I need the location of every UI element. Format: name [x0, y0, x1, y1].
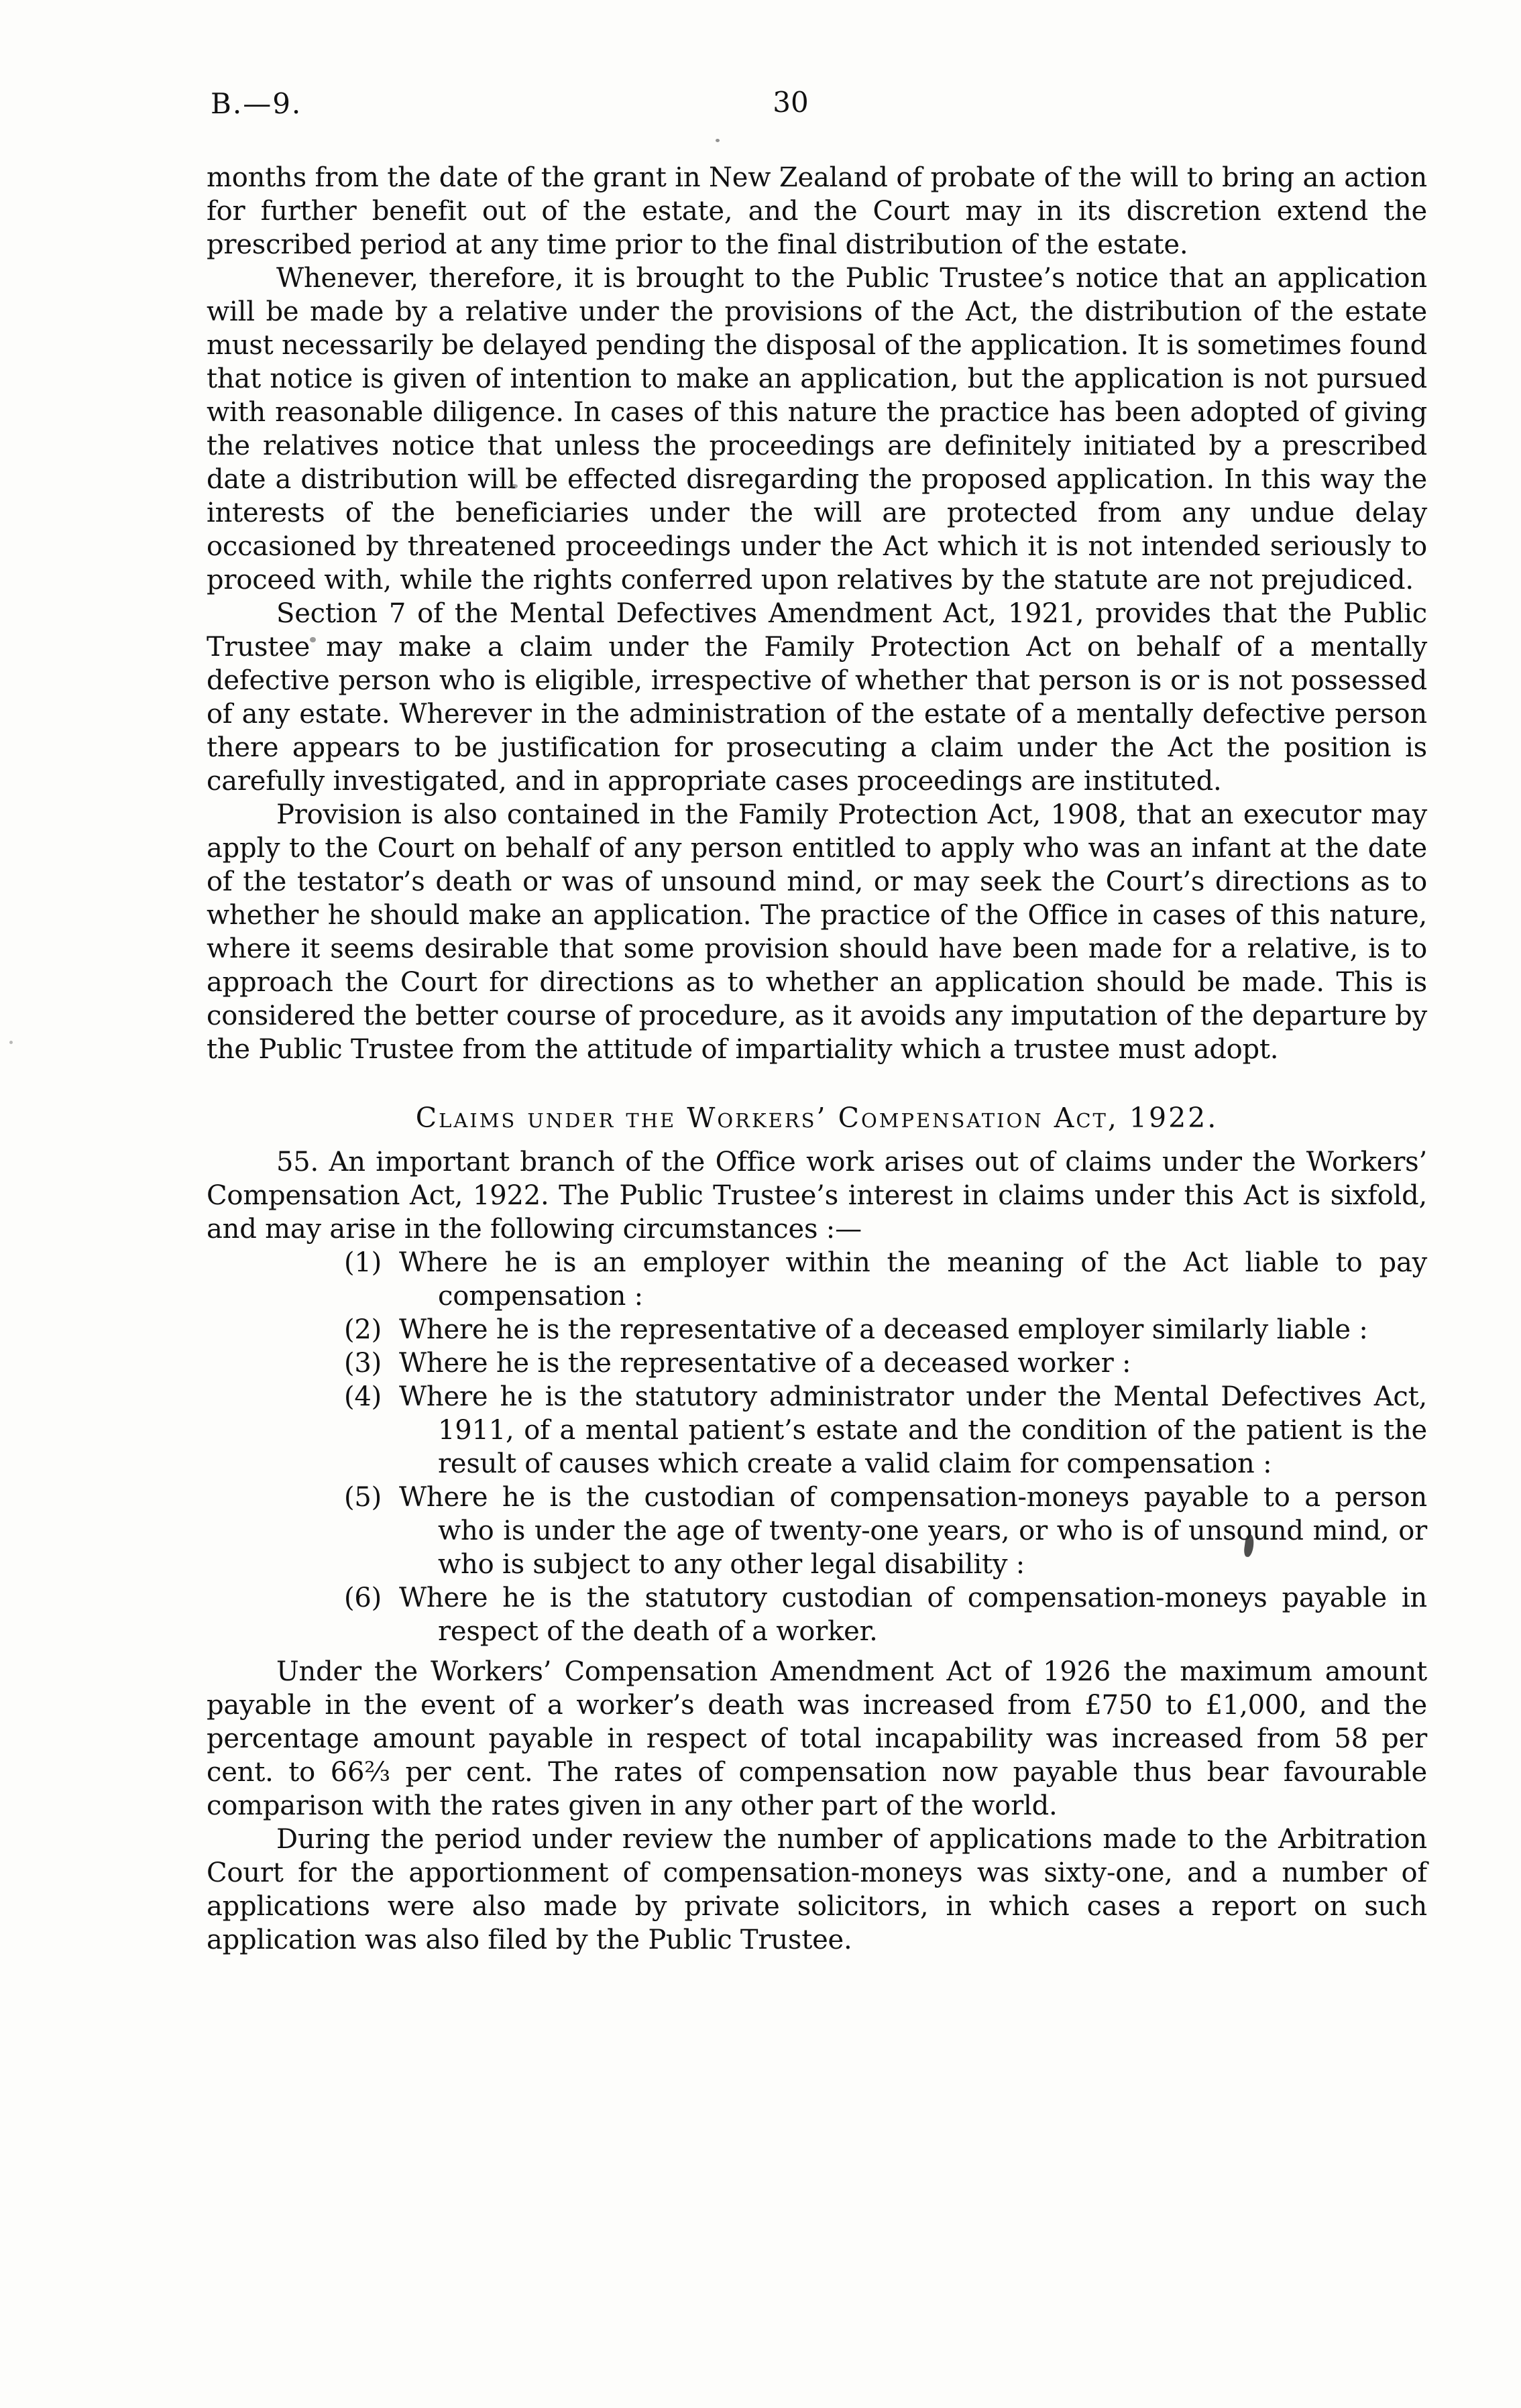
circumstances-list: (1)Where he is an employer within the me…: [207, 1246, 1427, 1648]
document-reference: B.—9.: [211, 87, 302, 120]
list-item-text: Where he is the custodian of compensatio…: [399, 1482, 1427, 1580]
page-number: 30: [754, 86, 828, 119]
paragraph-whenever-notice: Whenever, therefore, it is brought to th…: [207, 262, 1427, 597]
list-item-marker: (2): [344, 1313, 399, 1346]
list-item-text: Where he is the statutory administrator …: [399, 1381, 1427, 1479]
list-item: (2)Where he is the representative of a d…: [207, 1313, 1427, 1346]
paragraph-family-protection-provision: Provision is also contained in the Famil…: [207, 798, 1427, 1066]
section-heading: Claims under the Workers’ Compensation A…: [207, 1101, 1427, 1135]
scanned-document-page: B.—9. 30 months from the date of the gra…: [0, 0, 1521, 2408]
list-item: (6)Where he is the statutory custodian o…: [207, 1581, 1427, 1648]
list-item: (5)Where he is the custodian of compensa…: [207, 1481, 1427, 1581]
paragraph-period-under-review: During the period under review the numbe…: [207, 1823, 1427, 1957]
list-item-marker: (5): [344, 1481, 399, 1514]
list-item-marker: (6): [344, 1581, 399, 1615]
list-item-text: Where he is the representative of a dece…: [399, 1348, 1131, 1379]
scan-artifact: [716, 139, 720, 142]
list-item-text: Where he is the representative of a dece…: [399, 1314, 1368, 1345]
list-item: (3)Where he is the representative of a d…: [207, 1346, 1427, 1380]
list-item-text: Where he is the statutory custodian of c…: [399, 1583, 1427, 1647]
list-item: (4)Where he is the statutory administrat…: [207, 1380, 1427, 1481]
scan-artifact: [9, 1041, 13, 1044]
paragraph-section7-mental-defectives: Section 7 of the Mental Defectives Amend…: [207, 597, 1427, 798]
paragraph-probate-continuation: months from the date of the grant in New…: [207, 161, 1427, 262]
scan-artifact: [310, 637, 316, 642]
list-item-marker: (1): [344, 1246, 399, 1279]
list-item-marker: (3): [344, 1346, 399, 1380]
list-item: (1)Where he is an employer within the me…: [207, 1246, 1427, 1313]
paragraph-55-intro: 55. An important branch of the Office wo…: [207, 1145, 1427, 1246]
paragraph-amendment-act-1926: Under the Workers’ Compensation Amendmen…: [207, 1655, 1427, 1823]
list-item-text: Where he is an employer within the meani…: [399, 1247, 1427, 1312]
list-item-marker: (4): [344, 1380, 399, 1414]
document-body: months from the date of the grant in New…: [207, 161, 1427, 1957]
